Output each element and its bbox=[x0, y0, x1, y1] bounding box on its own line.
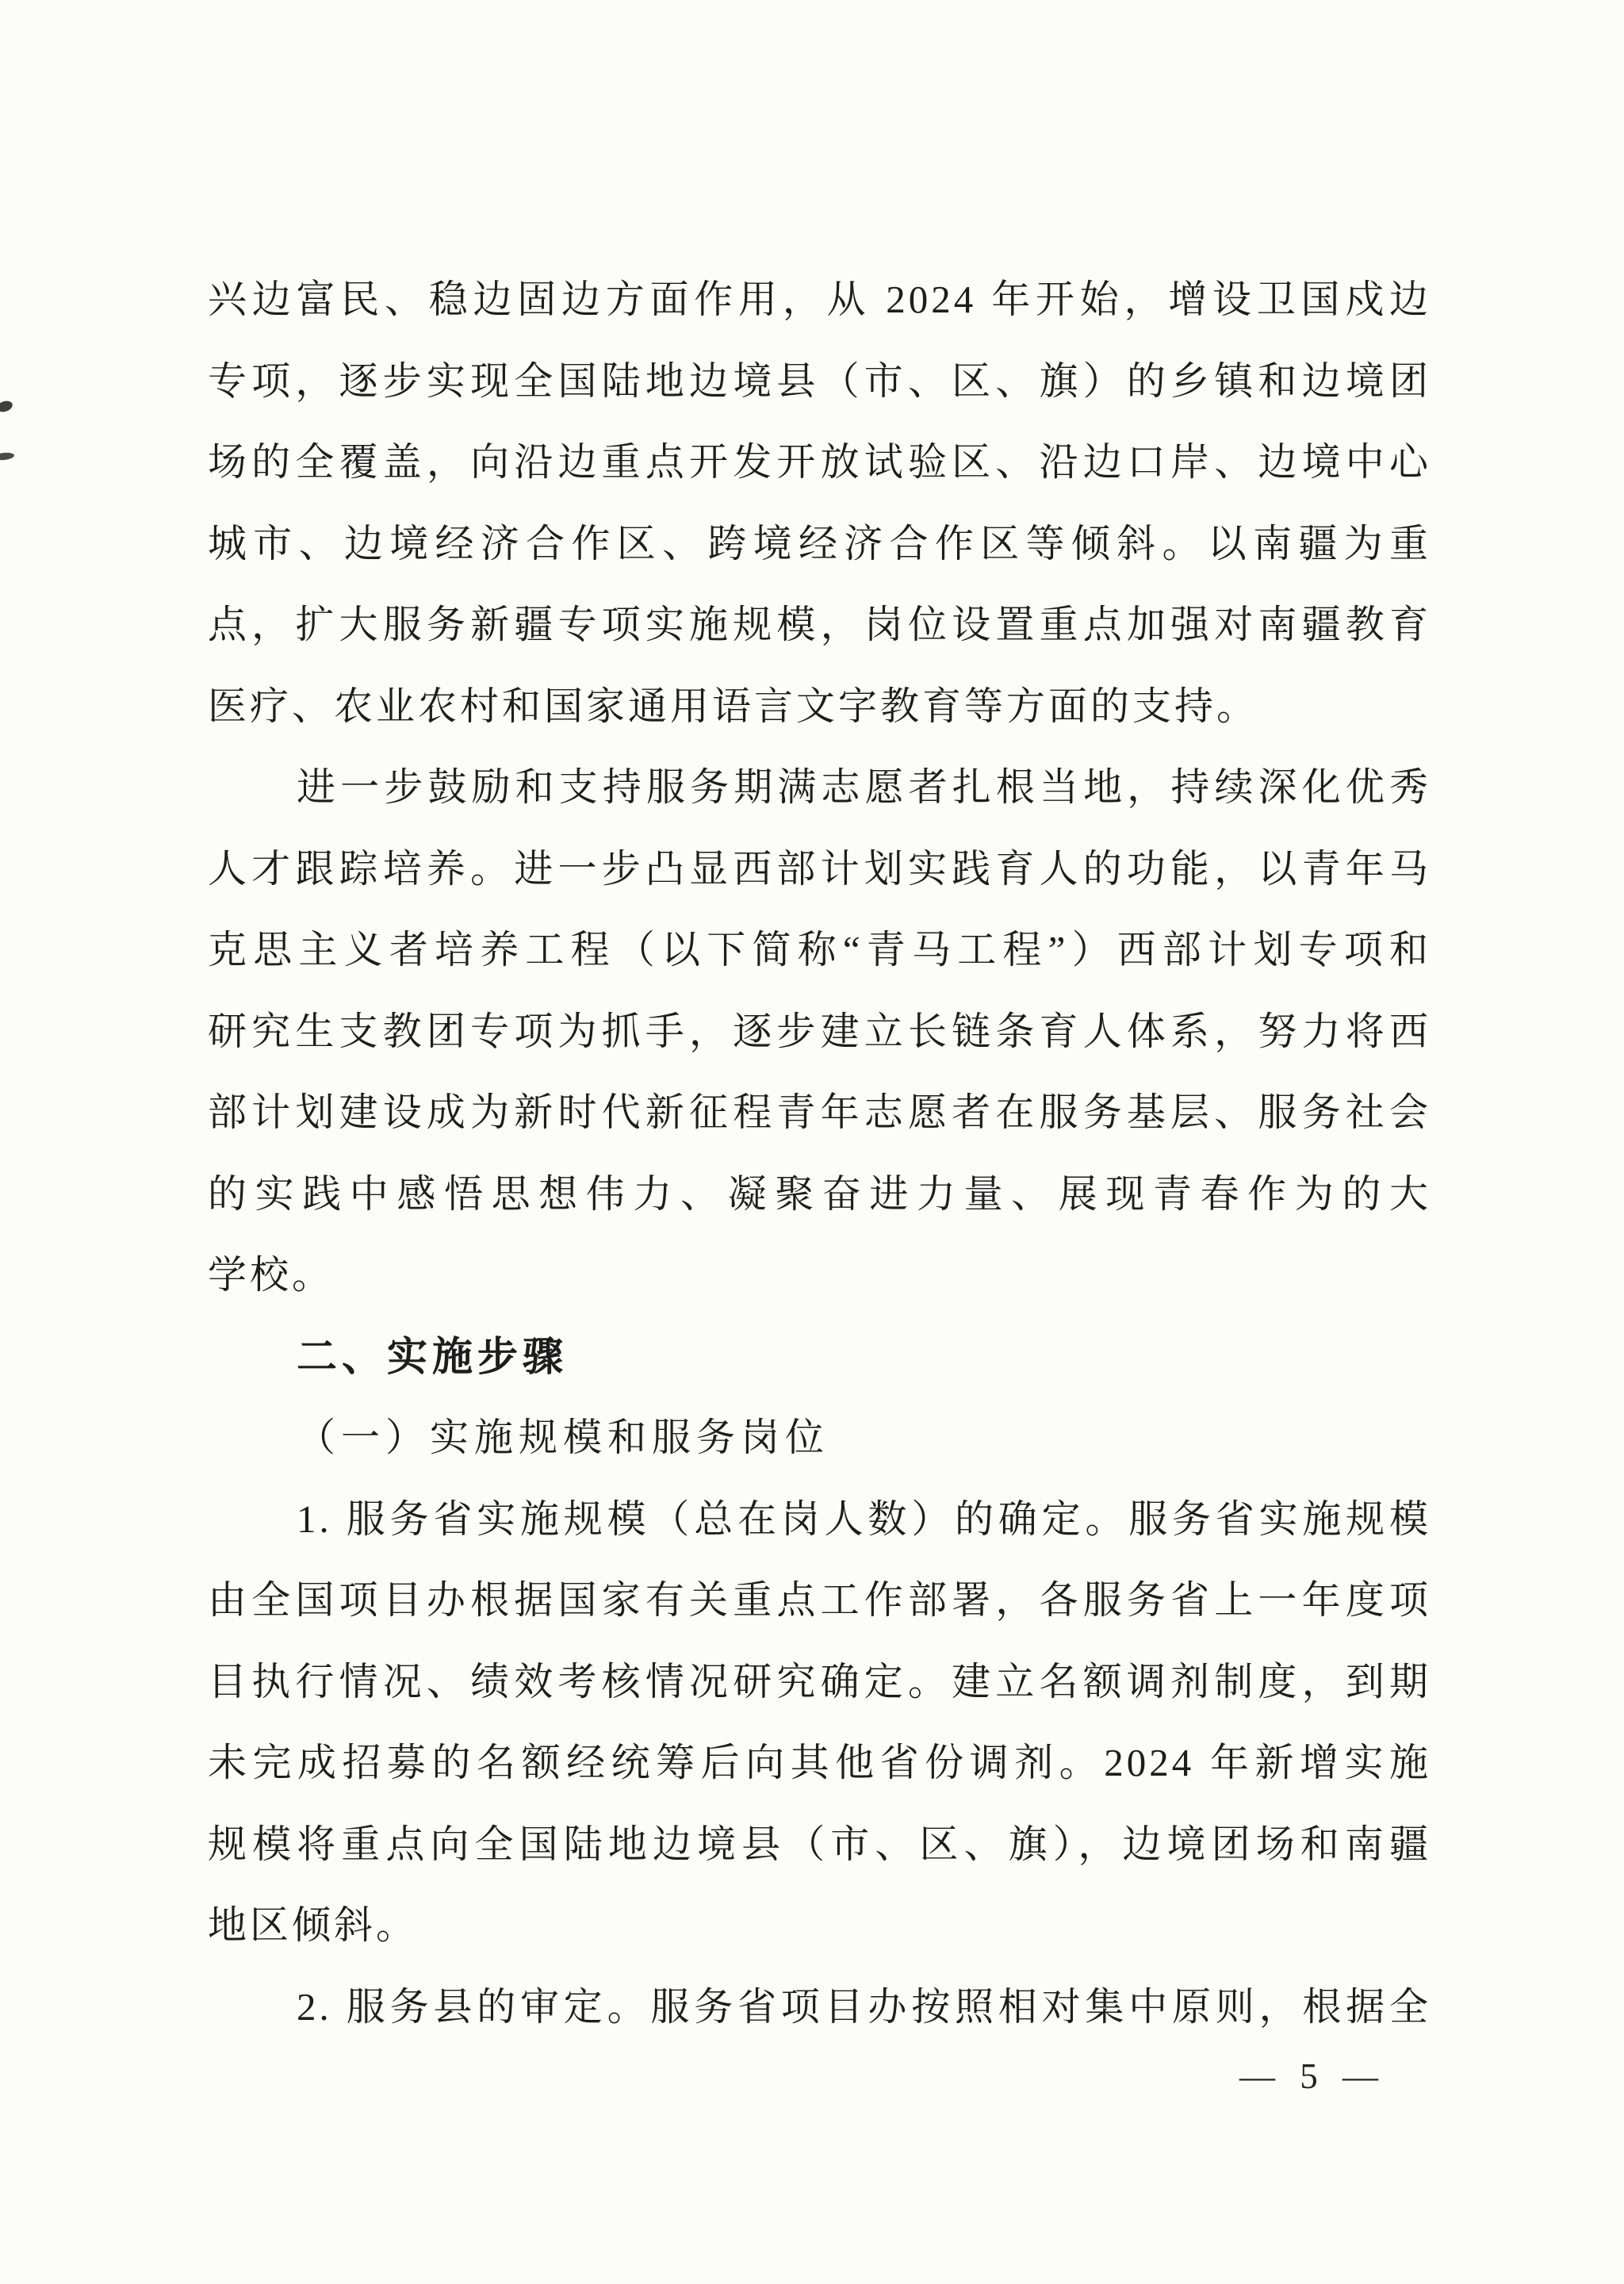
text-line: 专项，逐步实现全国陆地边境县（市、区、旗）的乡镇和边境团 bbox=[208, 341, 1431, 423]
subsection-heading: （一）实施规模和服务岗位 bbox=[208, 1397, 1431, 1479]
text-line: 的实践中感悟思想伟力、凝聚奋进力量、展现青春作为的大 bbox=[208, 1154, 1431, 1236]
text-line: 地区倾斜。 bbox=[208, 1885, 1431, 1967]
text-line: 学校。 bbox=[208, 1235, 1431, 1316]
text-line: 目执行情况、绩效考核情况研究确定。建立名额调剂制度，到期 bbox=[208, 1642, 1431, 1723]
section-heading: 二、实施步骤 bbox=[208, 1316, 1431, 1398]
text-line: 场的全覆盖，向沿边重点开发开放试验区、沿边口岸、边境中心 bbox=[208, 422, 1431, 504]
page-number: — 5 — bbox=[1239, 2056, 1386, 2097]
scan-smudge-icon bbox=[0, 399, 14, 414]
text-line: 2. 服务县的审定。服务省项目办按照相对集中原则，根据全 bbox=[208, 1967, 1431, 2048]
text-line: 未完成招募的名额经统筹后向其他省份调剂。2024 年新增实施 bbox=[208, 1723, 1431, 1804]
text-line: 点，扩大服务新疆专项实施规模，岗位设置重点加强对南疆教育 bbox=[208, 584, 1431, 666]
text-line: 兴边富民、稳边固边方面作用，从 2024 年开始，增设卫国戍边 bbox=[208, 259, 1431, 341]
text-line: 部计划建设成为新时代新征程青年志愿者在服务基层、服务社会 bbox=[208, 1072, 1431, 1154]
text-line: 克思主义者培养工程（以下简称“青马工程”）西部计划专项和 bbox=[208, 910, 1431, 991]
text-line: 由全国项目办根据国家有关重点工作部署，各服务省上一年度项 bbox=[208, 1560, 1431, 1642]
text-line: 规模将重点向全国陆地边境县（市、区、旗），边境团场和南疆 bbox=[208, 1804, 1431, 1886]
text-line: 研究生支教团专项为抓手，逐步建立长链条育人体系，努力将西 bbox=[208, 991, 1431, 1073]
document-page: 兴边富民、稳边固边方面作用，从 2024 年开始，增设卫国戍边 专项，逐步实现全… bbox=[0, 0, 1624, 2284]
text-line: 医疗、农业农村和国家通用语言文字教育等方面的支持。 bbox=[208, 666, 1431, 748]
text-line: 城市、边境经济合作区、跨境经济合作区等倾斜。以南疆为重 bbox=[208, 504, 1431, 585]
document-text-block: 兴边富民、稳边固边方面作用，从 2024 年开始，增设卫国戍边 专项，逐步实现全… bbox=[208, 259, 1431, 2048]
text-line: 1. 服务省实施规模（总在岗人数）的确定。服务省实施规模 bbox=[208, 1479, 1431, 1561]
text-line: 进一步鼓励和支持服务期满志愿者扎根当地，持续深化优秀 bbox=[208, 747, 1431, 829]
text-line: 人才跟踪培养。进一步凸显西部计划实践育人的功能，以青年马 bbox=[208, 829, 1431, 910]
scan-smudge-icon bbox=[0, 452, 14, 462]
